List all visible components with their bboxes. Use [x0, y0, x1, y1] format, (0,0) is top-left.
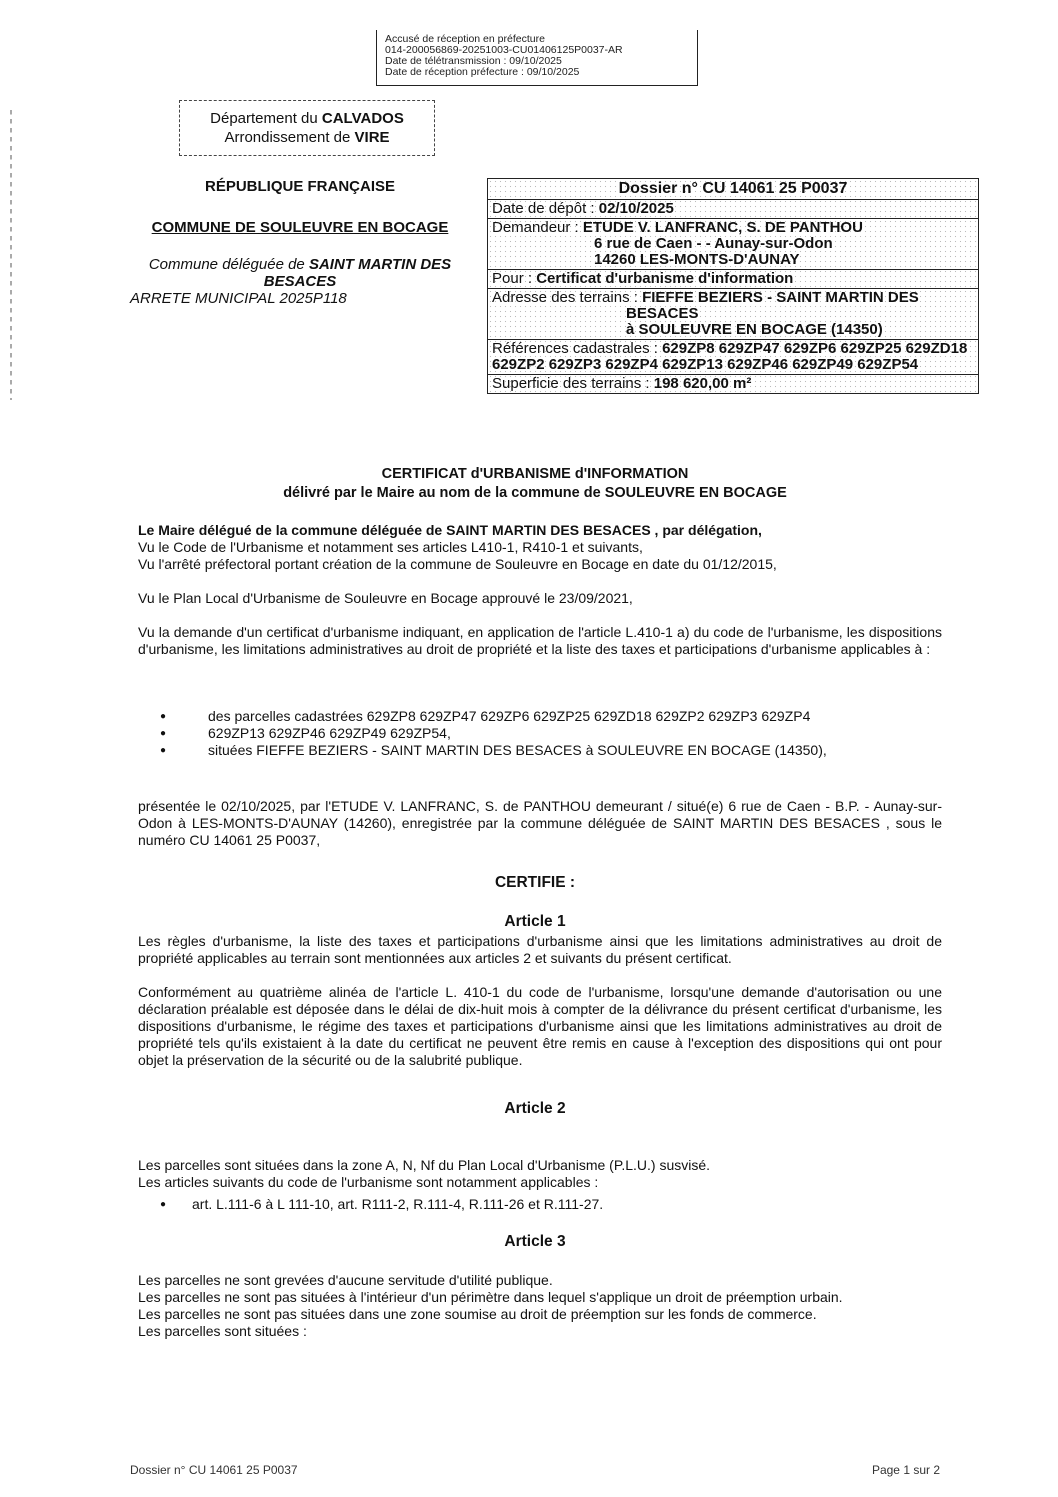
- article-1-body: Les règles d'urbanisme, la liste des tax…: [138, 933, 942, 1069]
- dossier-box: Dossier n° CU 14061 25 P0037 Date de dép…: [487, 178, 979, 394]
- list-item: ●situées FIEFFE BEZIERS - SAINT MARTIN D…: [160, 742, 944, 759]
- department-line: Département du CALVADOS: [180, 109, 434, 128]
- preamble: Le Maire délégué de la commune déléguée …: [138, 522, 942, 658]
- deleguee-prefix: Commune déléguée de: [149, 256, 309, 273]
- list-item-text: situées FIEFFE BEZIERS - SAINT MARTIN DE…: [208, 742, 827, 759]
- certifie-heading: CERTIFIE :: [130, 874, 940, 892]
- refs-label: Références cadastrales :: [492, 340, 662, 357]
- article-paragraph: Les parcelles ne sont grevées d'aucune s…: [138, 1272, 942, 1289]
- list-item-text: art. L.111-6 à L 111-10, art. R111-2, R.…: [192, 1196, 603, 1213]
- adresse-line: à SOULEUVRE EN BOCAGE (14350): [492, 322, 974, 338]
- article-paragraph: Les articles suivants du code de l'urban…: [138, 1174, 942, 1191]
- dossier-title: Dossier n° CU 14061 25 P0037: [488, 179, 978, 199]
- arrete-number: ARRETE MUNICIPAL 2025P118: [130, 290, 347, 307]
- commune-deleguee: Commune déléguée de SAINT MARTIN DES BES…: [130, 256, 470, 290]
- adresse-line: FIEFFE BEZIERS - SAINT MARTIN DES: [642, 289, 919, 306]
- vu-line: Vu le Code de l'Urbanisme et notamment s…: [138, 539, 942, 556]
- list-item: ●629ZP13 629ZP46 629ZP49 629ZP54,: [160, 725, 944, 742]
- bullet-icon: ●: [160, 708, 208, 725]
- maire-line: Le Maire délégué de la commune déléguée …: [138, 522, 942, 539]
- bullet-icon: ●: [160, 742, 208, 759]
- adresse-line: BESACES: [492, 306, 974, 322]
- demandeur-address: 6 rue de Caen - - Aunay-sur-Odon: [492, 236, 974, 252]
- vu-line: Vu la demande d'un certificat d'urbanism…: [138, 624, 942, 658]
- article-2-heading: Article 2: [130, 1100, 940, 1118]
- arrondissement-line: Arrondissement de VIRE: [180, 128, 434, 147]
- republic-heading: RÉPUBLIQUE FRANÇAISE: [130, 178, 470, 195]
- adresse-label: Adresse des terrains :: [492, 289, 642, 306]
- bullet-icon: ●: [160, 1196, 192, 1213]
- dossier-adresse-row: Adresse des terrains : FIEFFE BEZIERS - …: [488, 288, 978, 339]
- stamp-line: Date de réception préfecture : 09/10/202…: [385, 67, 689, 78]
- dossier-pour-row: Pour : Certificat d'urbanisme d'informat…: [488, 269, 978, 288]
- commune-heading: COMMUNE DE SOULEUVRE EN BOCAGE: [130, 219, 470, 236]
- department-prefix: Département du: [210, 110, 322, 127]
- footer-page-number: Page 1 sur 2: [872, 1463, 940, 1477]
- vu-line: Vu le Plan Local d'Urbanisme de Souleuvr…: [138, 590, 942, 607]
- article-paragraph: Les parcelles sont situées dans la zone …: [138, 1157, 942, 1174]
- article-paragraph: Les parcelles ne sont pas situées dans u…: [138, 1306, 942, 1323]
- vu-line: Vu l'arrêté préfectoral portant création…: [138, 556, 942, 573]
- prefecture-receipt-stamp: Accusé de réception en préfecture 014-20…: [376, 30, 698, 86]
- article-2-list: ●art. L.111-6 à L 111-10, art. R111-2, R…: [160, 1196, 944, 1213]
- pour-value: Certificat d'urbanisme d'information: [536, 270, 793, 287]
- certificate-subtitle: délivré par le Maire au nom de la commun…: [130, 485, 940, 501]
- list-item: ●des parcelles cadastrées 629ZP8 629ZP47…: [160, 708, 944, 725]
- article-paragraph: Les règles d'urbanisme, la liste des tax…: [138, 933, 942, 967]
- article-3-body: Les parcelles ne sont grevées d'aucune s…: [138, 1272, 942, 1340]
- article-1-heading: Article 1: [130, 913, 940, 931]
- bullet-icon: ●: [160, 725, 208, 742]
- article-paragraph: Conformément au quatrième alinéa de l'ar…: [138, 984, 942, 1069]
- department-box: Département du CALVADOS Arrondissement d…: [179, 100, 435, 156]
- article-2-body: Les parcelles sont situées dans la zone …: [138, 1157, 942, 1191]
- presentee-paragraph: présentée le 02/10/2025, par l'ETUDE V. …: [138, 798, 942, 849]
- list-item: ●art. L.111-6 à L 111-10, art. R111-2, R…: [160, 1196, 944, 1213]
- list-item-text: des parcelles cadastrées 629ZP8 629ZP47 …: [208, 708, 810, 725]
- department-name: CALVADOS: [322, 110, 404, 127]
- dossier-superficie-row: Superficie des terrains : 198 620,00 m²: [488, 374, 978, 393]
- superficie-label: Superficie des terrains :: [492, 375, 654, 392]
- footer-dossier-number: Dossier n° CU 14061 25 P0037: [130, 1463, 298, 1477]
- demandeur-name: ETUDE V. LANFRANC, S. DE PANTHOU: [583, 219, 863, 236]
- dossier-date-row: Date de dépôt : 02/10/2025: [488, 199, 978, 218]
- demandeur-label: Demandeur :: [492, 219, 583, 236]
- dossier-demandeur-row: Demandeur : ETUDE V. LANFRANC, S. DE PAN…: [488, 218, 978, 269]
- superficie-value: 198 620,00 m²: [654, 375, 752, 392]
- list-item-text: 629ZP13 629ZP46 629ZP49 629ZP54,: [208, 725, 451, 742]
- article-3-heading: Article 3: [130, 1233, 940, 1251]
- article-paragraph: Les parcelles ne sont pas situées à l'in…: [138, 1289, 942, 1306]
- dossier-refs-row: Références cadastrales : 629ZP8 629ZP47 …: [488, 339, 978, 374]
- demandeur-city: 14260 LES-MONTS-D'AUNAY: [492, 252, 974, 268]
- parcel-list: ●des parcelles cadastrées 629ZP8 629ZP47…: [160, 708, 944, 759]
- date-value: 02/10/2025: [599, 200, 674, 217]
- scan-artifact: [10, 110, 12, 400]
- pour-label: Pour :: [492, 270, 536, 287]
- certificate-title: CERTIFICAT d'URBANISME d'INFORMATION: [130, 466, 940, 482]
- arrondissement-prefix: Arrondissement de: [224, 129, 354, 146]
- date-label: Date de dépôt :: [492, 200, 599, 217]
- arrondissement-name: VIRE: [355, 129, 390, 146]
- article-paragraph: Les parcelles sont situées :: [138, 1323, 942, 1340]
